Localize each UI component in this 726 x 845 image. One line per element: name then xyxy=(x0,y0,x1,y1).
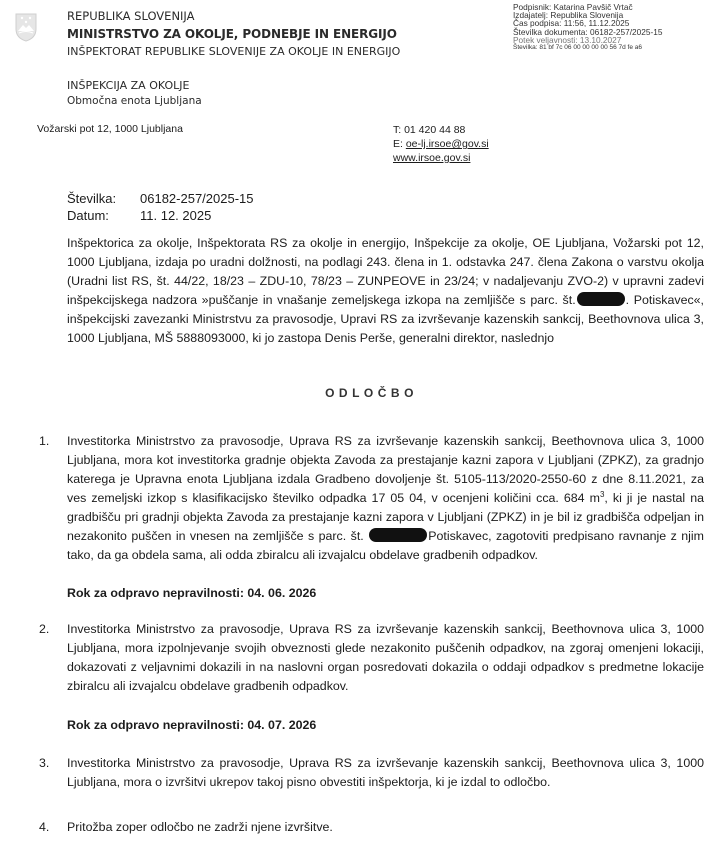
deadline-2: Rok za odpravo nepravilnosti: 04. 07. 20… xyxy=(67,718,316,732)
decision-title: ODLOČBO xyxy=(0,386,726,400)
date-label: Datum: xyxy=(67,207,140,224)
contact-block: T: 01 420 44 88 E: oe-lj.irsoe@gov.si ww… xyxy=(393,123,489,165)
digital-signature-block: Podpisnik: Katarina Pavšič Vrtač Izdajat… xyxy=(513,3,662,52)
contact-web-link[interactable]: www.irsoe.gov.si xyxy=(393,152,470,164)
item-number: 4. xyxy=(39,818,67,837)
header-ministry: MINISTRSTVO ZA OKOLJE, PODNEBJE IN ENERG… xyxy=(67,27,397,41)
document-number: 06182-257/2025-15 xyxy=(140,191,254,206)
signature-serial: Številka: 81 bf 7c 06 00 00 00 00 56 7d … xyxy=(513,44,662,52)
decision-item-1: 1. Investitorka Ministrstvo za pravosodj… xyxy=(39,432,704,565)
decision-item-2: 2. Investitorka Ministrstvo za pravosodj… xyxy=(39,620,704,696)
redaction-mark xyxy=(577,292,625,306)
document-date: 11. 12. 2025 xyxy=(140,208,211,223)
redaction-mark xyxy=(369,528,427,542)
document-meta: Številka:06182-257/2025-15 Datum:11. 12.… xyxy=(67,190,254,224)
header-inspection: INŠPEKCIJA ZA OKOLJE xyxy=(67,79,189,92)
contact-email-link[interactable]: oe-lj.irsoe@gov.si xyxy=(406,138,489,150)
header-regional-unit: Območna enota Ljubljana xyxy=(67,95,202,107)
contact-email-row: E: oe-lj.irsoe@gov.si xyxy=(393,137,489,151)
header-republic: REPUBLIKA SLOVENIJA xyxy=(67,9,195,23)
item-number: 1. xyxy=(39,432,67,451)
item-number: 2. xyxy=(39,620,67,639)
number-label: Številka: xyxy=(67,190,140,207)
item-number: 3. xyxy=(39,754,67,773)
office-address: Vožarski pot 12, 1000 Ljubljana xyxy=(37,123,183,135)
coat-of-arms-icon xyxy=(14,12,38,42)
decision-item-3: 3. Investitorka Ministrstvo za pravosodj… xyxy=(39,754,704,792)
header-inspectorate: INŠPEKTORAT REPUBLIKE SLOVENIJE ZA OKOLJ… xyxy=(67,45,400,58)
contact-phone: T: 01 420 44 88 xyxy=(393,123,489,137)
decision-item-4: 4. Pritožba zoper odločbo ne zadrži njen… xyxy=(39,818,704,837)
signature-validity: Potek veljavnosti: 13.10.2027 xyxy=(513,36,662,44)
deadline-1: Rok za odpravo nepravilnosti: 04. 06. 20… xyxy=(67,586,316,600)
intro-paragraph: Inšpektorica za okolje, Inšpektorata RS … xyxy=(67,234,704,348)
